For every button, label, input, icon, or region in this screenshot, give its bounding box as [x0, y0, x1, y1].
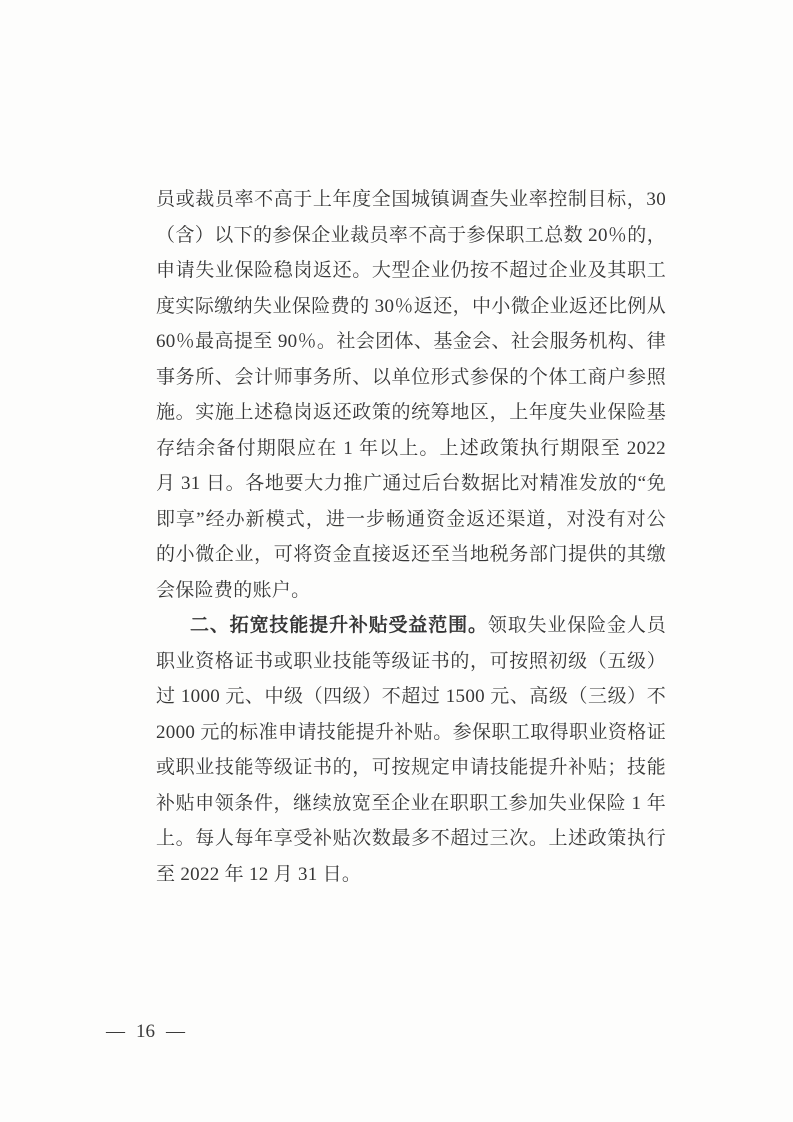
text-segment: 月 31 日。各地要大力推广通过后台数据比对精准发放的“免申 — [156, 473, 666, 502]
text-segment: 即享”经办新模式，进一步畅通资金返还渠道，对没有对公账户 — [156, 509, 666, 538]
text-line: 上。每人每年享受补贴次数最多不超过三次。上述政策执行期限 — [156, 821, 666, 857]
text-line: 60％最高提至 90％。社会团体、基金会、社会服务机构、律师 — [156, 324, 666, 360]
section-heading-text: 二、拓宽技能提升补贴受益范围。 — [190, 615, 488, 636]
text-segment: 事务所、会计师事务所、以单位形式参保的个体工商户参照实 — [156, 367, 666, 396]
text-line: 2000 元的标准申请技能提升补贴。参保职工取得职业资格证书 — [156, 715, 666, 751]
text-segment: 上。每人每年享受补贴次数最多不超过三次。上述政策执行期限 — [156, 828, 666, 857]
footer-right-dash: — — [166, 1020, 185, 1044]
text-line: 过 1000 元、中级（四级）不超过 1500 元、高级（三级）不超过 — [156, 679, 666, 715]
text-segment: （含）以下的参保企业裁员率不高于参保职工总数 20％的，可以 — [156, 225, 666, 254]
text-line: 职业资格证书或职业技能等级证书的，可按照初级（五级）不超 — [156, 644, 666, 680]
text-line: 月 31 日。各地要大力推广通过后台数据比对精准发放的“免申 — [156, 466, 666, 502]
text-segment: 60％最高提至 90％。社会团体、基金会、社会服务机构、律师 — [156, 331, 666, 360]
paragraph-2: 二、拓宽技能提升补贴受益范围。领取失业保险金人员取得职业资格证书或职业技能等级证… — [156, 608, 666, 892]
text-segment: 补贴申领条件，继续放宽至企业在职职工参加失业保险 1 年以 — [156, 793, 666, 822]
document-body: 员或裁员率不高于上年度全国城镇调查失业率控制目标，30 人（含）以下的参保企业裁… — [156, 182, 666, 892]
text-line: 施。实施上述稳岗返还政策的统筹地区，上年度失业保险基金滚 — [156, 395, 666, 431]
text-segment: 至 2022 年 12 月 31 日。 — [156, 864, 361, 885]
document-page: 员或裁员率不高于上年度全国城镇调查失业率控制目标，30 人（含）以下的参保企业裁… — [0, 0, 793, 1122]
text-segment: 职业资格证书或职业技能等级证书的，可按照初级（五级）不超 — [156, 651, 666, 680]
text-line: （含）以下的参保企业裁员率不高于参保职工总数 20％的，可以 — [156, 218, 666, 254]
page-footer: —16— — [106, 1020, 185, 1044]
text-line: 存结余备付期限应在 1 年以上。上述政策执行期限至 2022 年 12 — [156, 431, 666, 467]
page-number: 16 — [136, 1020, 155, 1044]
text-line: 会保险费的账户。 — [156, 573, 666, 609]
text-line: 事务所、会计师事务所、以单位形式参保的个体工商户参照实 — [156, 360, 666, 396]
text-line: 或职业技能等级证书的，可按规定申请技能提升补贴；技能提升 — [156, 750, 666, 786]
text-line: 度实际缴纳失业保险费的 30％返还，中小微企业返还比例从 — [156, 289, 666, 325]
text-line: 至 2022 年 12 月 31 日。 — [156, 857, 666, 893]
text-line: 员或裁员率不高于上年度全国城镇调查失业率控制目标，30 人 — [156, 182, 666, 218]
text-segment: 度实际缴纳失业保险费的 30％返还，中小微企业返还比例从 — [156, 296, 666, 317]
text-segment: 过 1000 元、中级（四级）不超过 1500 元、高级（三级）不超过 — [156, 686, 666, 715]
footer-left-dash: — — [106, 1020, 125, 1044]
text-segment: 申请失业保险稳岗返还。大型企业仍按不超过企业及其职工上年 — [156, 260, 666, 289]
text-line: 即享”经办新模式，进一步畅通资金返还渠道，对没有对公账户 — [156, 502, 666, 538]
text-line: 补贴申领条件，继续放宽至企业在职职工参加失业保险 1 年以 — [156, 786, 666, 822]
text-line: 二、拓宽技能提升补贴受益范围。领取失业保险金人员取得 — [156, 608, 666, 644]
text-line: 申请失业保险稳岗返还。大型企业仍按不超过企业及其职工上年 — [156, 253, 666, 289]
text-line: 的小微企业，可将资金直接返还至当地税务部门提供的其缴纳社 — [156, 537, 666, 573]
text-segment: 的小微企业，可将资金直接返还至当地税务部门提供的其缴纳社 — [156, 544, 666, 573]
text-segment: 员或裁员率不高于上年度全国城镇调查失业率控制目标，30 人 — [156, 189, 666, 218]
text-segment: 会保险费的账户。 — [156, 580, 310, 601]
text-segment: 存结余备付期限应在 1 年以上。上述政策执行期限至 2022 年 12 — [156, 438, 666, 467]
paragraph-1: 员或裁员率不高于上年度全国城镇调查失业率控制目标，30 人（含）以下的参保企业裁… — [156, 182, 666, 608]
text-segment: 或职业技能等级证书的，可按规定申请技能提升补贴；技能提升 — [156, 757, 666, 786]
text-segment: 2000 元的标准申请技能提升补贴。参保职工取得职业资格证书 — [156, 722, 666, 751]
text-segment: 施。实施上述稳岗返还政策的统筹地区，上年度失业保险基金滚 — [156, 402, 666, 431]
